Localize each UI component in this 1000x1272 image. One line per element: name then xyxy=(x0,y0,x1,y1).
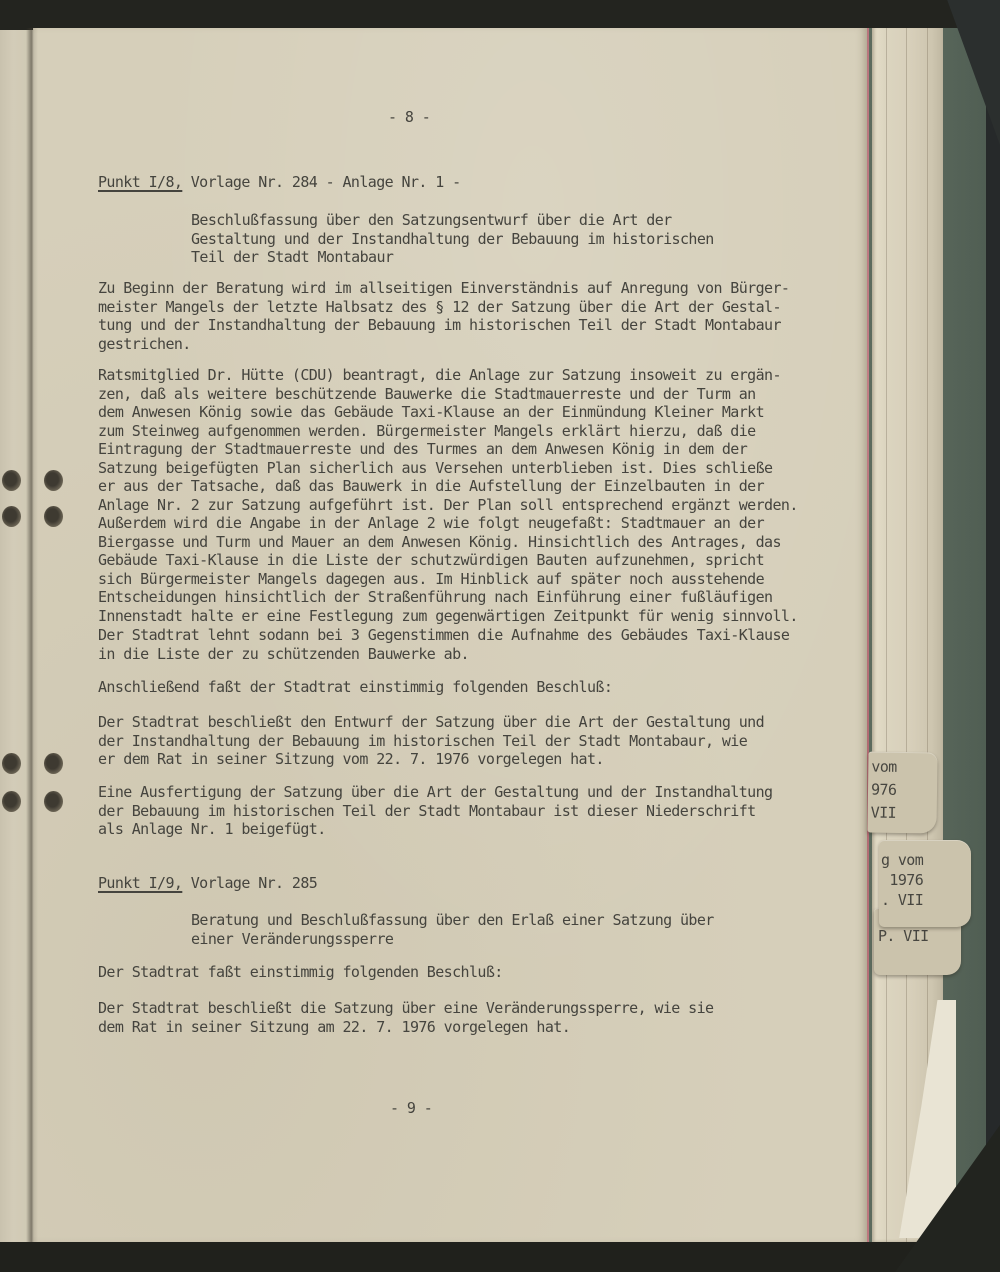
background-right xyxy=(986,0,1000,1272)
page-edge-line xyxy=(906,26,907,1242)
page-number-top: - 8 - xyxy=(388,108,430,127)
background-top xyxy=(0,0,1000,28)
section-heading-rest: Vorlage Nr. 284 - Anlage Nr. 1 - xyxy=(182,173,460,191)
paragraph: Eine Ausfertigung der Satzung über die A… xyxy=(98,783,772,839)
binder-hole xyxy=(44,791,63,812)
index-tab: vom 976 VII xyxy=(867,752,937,834)
paragraph: Der Stadtrat beschließt die Satzung über… xyxy=(98,999,713,1036)
section-subject: Beratung und Beschlußfassung über den Er… xyxy=(191,911,714,948)
section-subject: Beschlußfassung über den Satzungsentwurf… xyxy=(191,211,714,267)
index-tab: g vom 1976 . VII xyxy=(879,840,971,927)
paragraph: Zu Beginn der Beratung wird im allseitig… xyxy=(98,279,789,353)
section-heading-rest: Vorlage Nr. 285 xyxy=(182,874,317,892)
page-edge-line xyxy=(886,26,887,1242)
paragraph: Ratsmitglied Dr. Hütte (CDU) beantragt, … xyxy=(98,366,798,625)
binder-hole xyxy=(2,506,21,527)
paragraph: Der Stadtrat beschließt den Entwurf der … xyxy=(98,713,764,769)
paragraph: Der Stadtrat lehnt sodann bei 3 Gegensti… xyxy=(98,626,789,663)
binder-hole xyxy=(44,506,63,527)
background-bottom xyxy=(0,1242,1000,1272)
section-heading-ref: Punkt I/8, xyxy=(98,173,182,191)
section-heading: Punkt I/8, Vorlage Nr. 284 - Anlage Nr. … xyxy=(98,173,461,192)
binder-hole xyxy=(2,753,21,774)
page-edge-line xyxy=(927,26,928,1242)
paragraph: Der Stadtrat faßt einstimmig folgenden B… xyxy=(98,963,503,982)
binder-hole xyxy=(2,470,21,491)
page-crease xyxy=(26,28,38,1242)
binder-hole xyxy=(44,470,63,491)
paragraph: Anschließend faßt der Stadtrat einstimmi… xyxy=(98,678,612,697)
binder-hole xyxy=(44,753,63,774)
page-number-bottom: - 9 - xyxy=(390,1099,432,1118)
section-heading: Punkt I/9, Vorlage Nr. 285 xyxy=(98,874,317,893)
binder-hole xyxy=(2,791,21,812)
section-heading-ref: Punkt I/9, xyxy=(98,874,182,892)
